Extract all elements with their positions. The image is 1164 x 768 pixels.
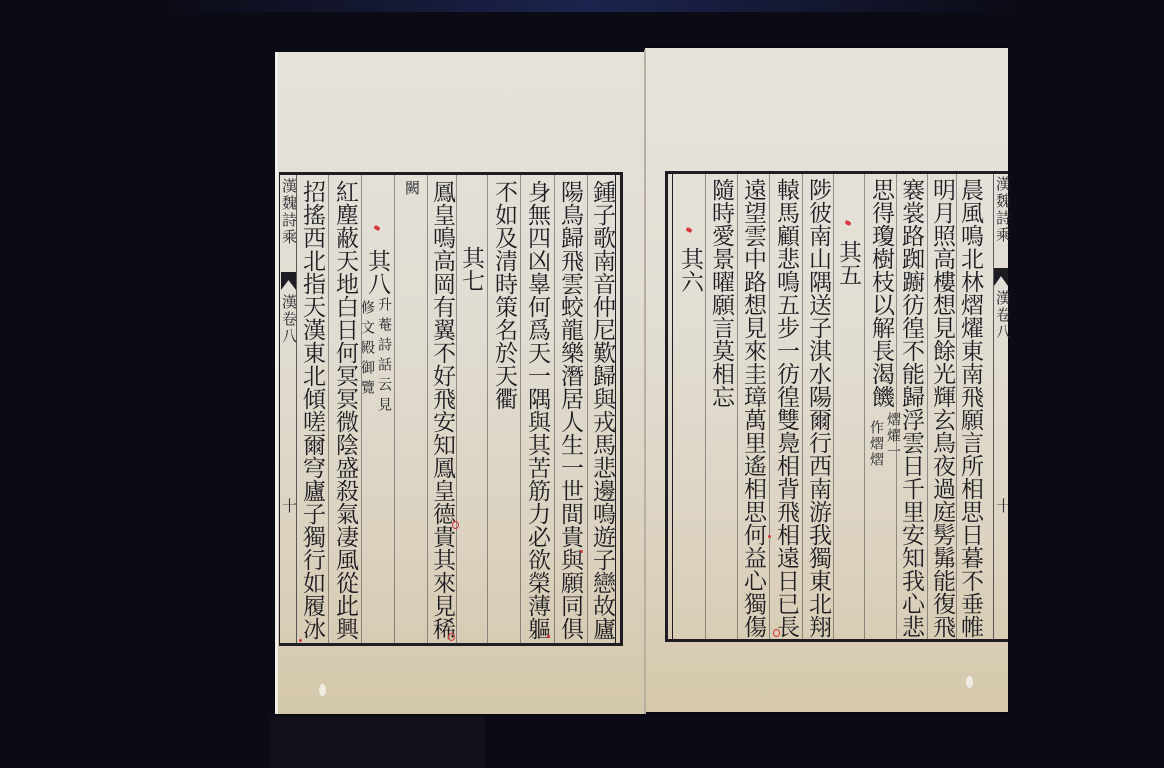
right-frame-outer-border <box>665 171 668 642</box>
lacuna-note: 闕 <box>404 180 420 195</box>
book-gutter-fold <box>644 50 646 714</box>
red-dot-mark <box>299 639 302 642</box>
poem-heading: 其八 <box>363 249 391 295</box>
column-rule <box>394 175 395 643</box>
red-dot-mark <box>768 535 771 538</box>
red-circle-mark <box>448 633 455 641</box>
poem-heading: 其七 <box>457 246 485 292</box>
poem-heading: 其六 <box>676 247 704 293</box>
left-frame-bottom-border <box>279 643 623 646</box>
text-column: 晨風鳴北林熠燿東南飛願言所相思日暮不垂帷 <box>956 178 984 638</box>
text-column: 紅塵蔽天地白日何冥冥微陰盛殺氣凄風從此興 <box>331 180 359 640</box>
annotation-line: 升菴詩話云見 <box>376 297 392 417</box>
column-rule <box>864 174 865 639</box>
red-dot-mark <box>580 550 583 553</box>
right-banxin-folio: 十 <box>995 498 1011 515</box>
text-column: 身無四凶辠何爲天一隅與其苦筋力必欲榮薄軀 <box>523 180 551 640</box>
red-dot-mark <box>547 635 550 638</box>
left-banxin-title: 漢魏詩乘 <box>281 178 297 246</box>
left-page-edge <box>275 52 278 714</box>
red-circle-mark <box>773 629 780 637</box>
paper-wormhole <box>319 684 326 696</box>
column-rule <box>487 175 488 643</box>
text-column: 褰裳路踟躕彷徨不能歸浮雲日千里安知我心悲 <box>897 178 925 638</box>
column-rule <box>737 174 738 639</box>
text-column: 招搖西北指天漢東北傾嗟爾穹廬子獨行如履冰 <box>298 180 326 640</box>
text-column: 明月照高樓想見餘光輝玄鳥夜過庭髣髴能復飛 <box>928 178 956 638</box>
left-frame-outer-border <box>620 172 623 646</box>
column-rule <box>361 175 362 643</box>
text-column: 不如及清時策名於天衢 <box>490 180 518 410</box>
column-rule <box>769 174 770 639</box>
text-column: 陟彼南山隅送子淇水陽爾行西南游我獨東北翔 <box>804 178 832 638</box>
poem-heading: 其五 <box>834 240 862 286</box>
right-banxin-volume: 漢卷八 <box>995 290 1011 341</box>
text-column: 轅馬顧悲鳴五步一彷徨雙鳧相背飛相遠日已長 <box>772 178 800 638</box>
annotation-line: 熠燿一 <box>885 412 901 460</box>
text-column: 思得瓊樹枝以解長渴饑 <box>867 178 895 408</box>
text-column: 隨時愛景曜願言莫相忘 <box>707 178 735 408</box>
text-column: 遠望雲中路想見來圭璋萬里遙相思何益心獨傷 <box>739 178 767 638</box>
text-column: 鍾子歌南音仲尼歎歸與戎馬悲邊鳴遊子戀故廬 <box>588 180 616 640</box>
column-rule <box>705 174 706 639</box>
background-light-reflection <box>160 0 1020 12</box>
left-banxin-volume: 漢卷八 <box>281 294 297 345</box>
left-banxin-folio: 十 <box>281 498 297 515</box>
right-frame-bottom-border <box>665 639 1008 642</box>
annotation-line: 作熠熠 <box>868 420 884 468</box>
text-column: 陽鳥歸飛雲蛟龍樂潛居人生一世間貴與願同俱 <box>556 180 584 640</box>
left-frame-top-border <box>279 172 623 175</box>
right-banxin-title: 漢魏詩乘 <box>995 176 1011 244</box>
background-shadow-patch <box>270 716 485 768</box>
annotation-line: 修文殿御覽 <box>359 300 375 400</box>
column-rule <box>520 175 521 643</box>
text-column: 鳳皇鳴高岡有翼不好飛安知鳳皇德貴其來見稀 <box>428 180 456 640</box>
column-rule <box>802 174 803 639</box>
column-rule <box>554 175 555 643</box>
right-frame-inner-border <box>672 174 673 639</box>
column-rule <box>328 175 329 643</box>
red-circle-mark <box>452 521 459 529</box>
paper-wormhole <box>966 676 973 688</box>
